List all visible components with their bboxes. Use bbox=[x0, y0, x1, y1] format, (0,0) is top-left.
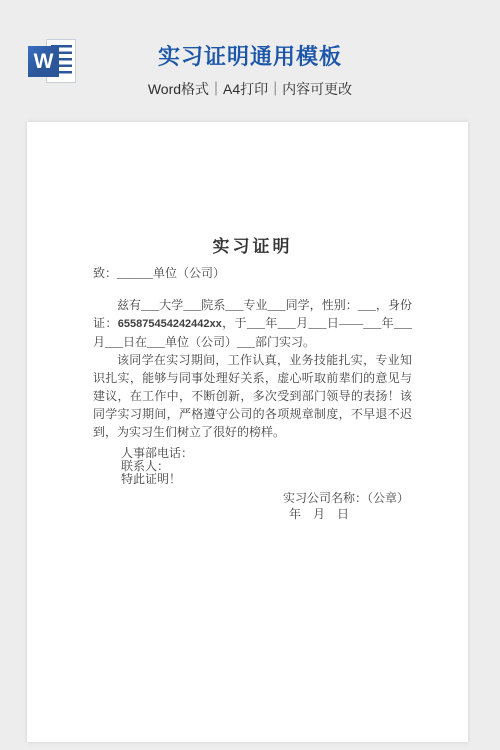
document-content: 实习证明 致：______单位（公司） 兹有___大学___院系___专业___… bbox=[27, 122, 468, 742]
doc-to-line: 致：______单位（公司） bbox=[93, 264, 412, 282]
header: W 实习证明通用模板 Word格式｜A4打印｜内容可更改 bbox=[0, 0, 500, 122]
company-seal-line: 实习公司名称：（公章） bbox=[283, 490, 412, 506]
document-preview-page: 实习证明 致：______单位（公司） 兹有___大学___院系___专业___… bbox=[27, 122, 468, 742]
id-number: 655875454242442xx bbox=[118, 318, 222, 330]
doc-paragraph-2: 该同学在实习期间，工作认真，业务技能扎实，专业知识扎实，能够与同事处理好关系，虚… bbox=[93, 351, 412, 441]
contact-block: 人事部电话： 联系人： 特此证明！ bbox=[121, 447, 412, 486]
doc-paragraph-1: 兹有___大学___院系___专业___同学，性别：___，身份证：655875… bbox=[93, 296, 412, 351]
word-icon: W bbox=[28, 37, 78, 87]
certify-line: 特此证明！ bbox=[121, 473, 412, 486]
word-icon-letter: W bbox=[28, 46, 59, 77]
doc-title: 实习证明 bbox=[93, 234, 412, 260]
signature-block: 实习公司名称：（公章） 年 月 日 bbox=[283, 490, 412, 522]
date-line: 年 月 日 bbox=[283, 506, 412, 522]
